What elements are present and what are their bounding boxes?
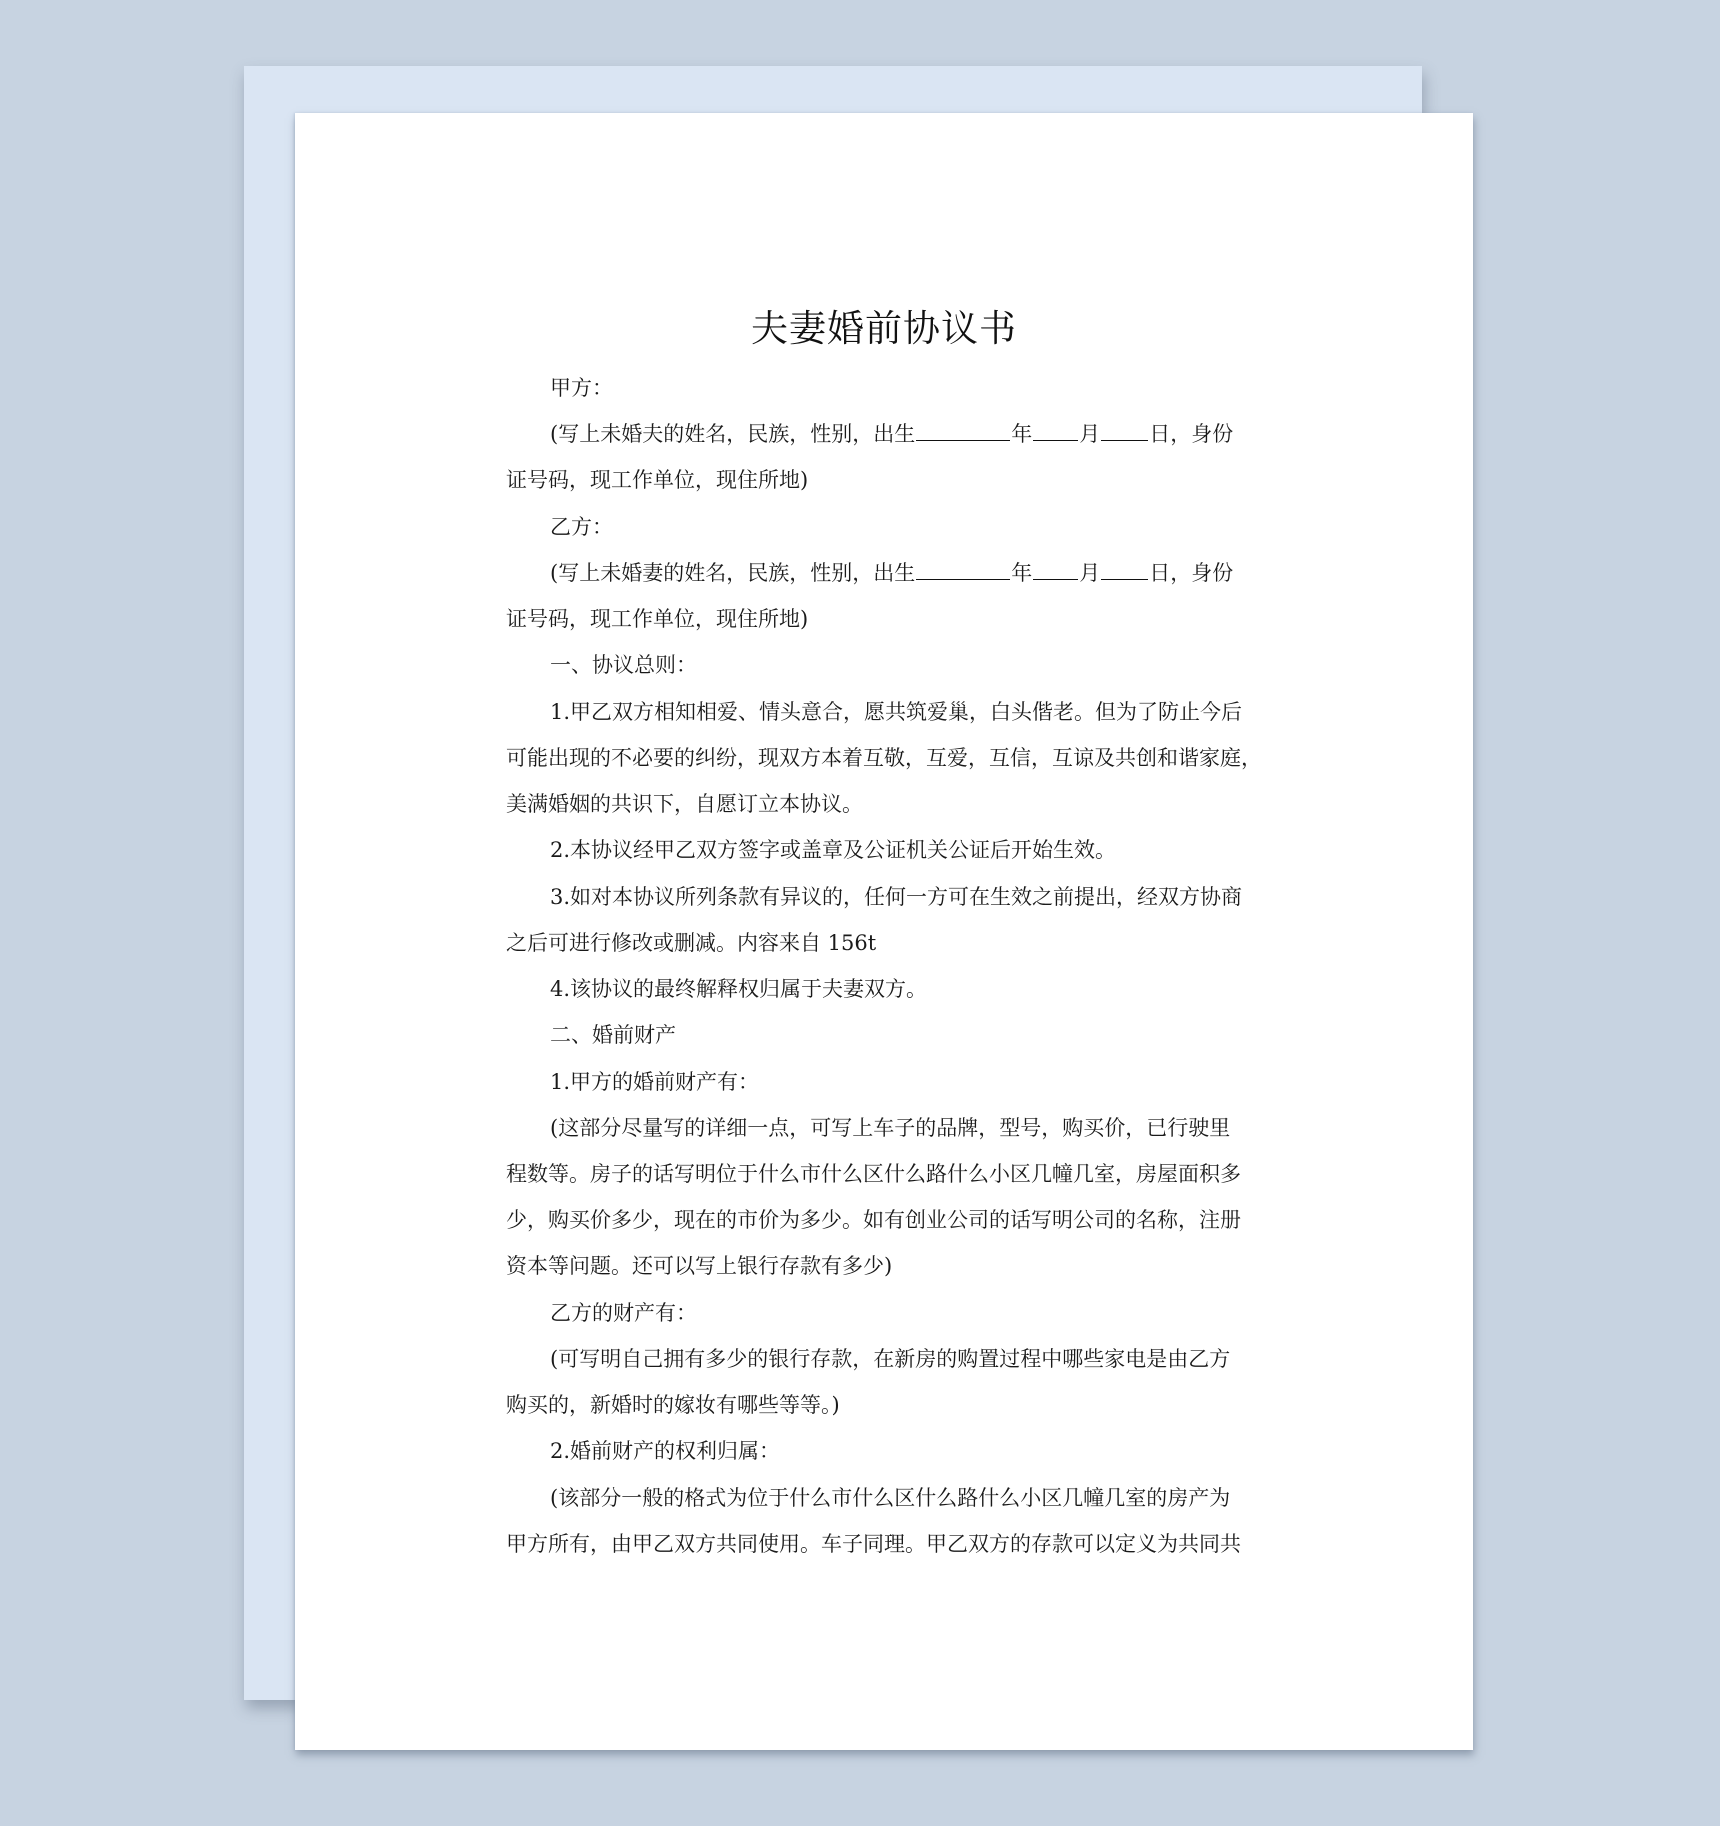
birth-year-blank bbox=[916, 557, 1010, 580]
birth-month-blank bbox=[1033, 418, 1078, 441]
party-b-label: 乙方： bbox=[506, 504, 1260, 550]
section-2-paragraph-line: (这部分尽量写的详细一点，可写上车子的品牌，型号，购买价，已行驶里 bbox=[506, 1105, 1260, 1151]
section-1-paragraph-line: 美满婚姻的共识下，自愿订立本协议。 bbox=[506, 781, 1260, 827]
birth-year-blank bbox=[916, 418, 1010, 441]
year-label: 年 bbox=[1011, 422, 1032, 446]
document-body: 甲方： (写上未婚夫的姓名，民族，性别，出生年月日，身份 证号码，现工作单位，现… bbox=[506, 365, 1260, 1567]
section-2-paragraph-line: 购买的，新婚时的嫁妆有哪些等等。) bbox=[506, 1382, 1260, 1428]
section-2-paragraph-line: 资本等问题。还可以写上银行存款有多少) bbox=[506, 1243, 1260, 1289]
section-2-paragraph-line: (可写明自己拥有多少的银行存款，在新房的购置过程中哪些家电是由乙方 bbox=[506, 1336, 1260, 1382]
party-b-instruction-line-1: (写上未婚妻的姓名，民族，性别，出生年月日，身份 bbox=[506, 550, 1260, 596]
party-a-instruction-line-1: (写上未婚夫的姓名，民族，性别，出生年月日，身份 bbox=[506, 411, 1260, 457]
document-title: 夫妻婚前协议书 bbox=[295, 304, 1473, 354]
birth-day-blank bbox=[1101, 418, 1148, 441]
section-2-paragraph-line: (该部分一般的格式为位于什么市什么区什么路什么小区几幢几室的房产为 bbox=[506, 1475, 1260, 1521]
section-2-paragraph-line: 2.婚前财产的权利归属： bbox=[506, 1428, 1260, 1474]
party-a-instruction-text: (写上未婚夫的姓名，民族，性别，出生 bbox=[550, 422, 915, 446]
day-label: 日，身份 bbox=[1149, 422, 1233, 446]
birth-day-blank bbox=[1101, 557, 1148, 580]
section-2-heading: 二、婚前财产 bbox=[506, 1012, 1260, 1058]
section-2-paragraph-line: 乙方的财产有： bbox=[506, 1290, 1260, 1336]
section-1-paragraph-line: 2.本协议经甲乙双方签字或盖章及公证机关公证后开始生效。 bbox=[506, 827, 1260, 873]
party-b-instruction-line-2: 证号码，现工作单位，现住所地) bbox=[506, 596, 1260, 642]
section-1-paragraph-line: 4.该协议的最终解释权归属于夫妻双方。 bbox=[506, 966, 1260, 1012]
party-a-instruction-line-2: 证号码，现工作单位，现住所地) bbox=[506, 457, 1260, 503]
section-1-paragraph-line: 可能出现的不必要的纠纷，现双方本着互敬，互爱，互信，互谅及共创和谐家庭， bbox=[506, 735, 1260, 781]
birth-month-blank bbox=[1033, 557, 1078, 580]
section-1-paragraph-line: 1.甲乙双方相知相爱、情头意合，愿共筑爱巢，白头偕老。但为了防止今后 bbox=[506, 689, 1260, 735]
section-2-paragraph-line: 1.甲方的婚前财产有： bbox=[506, 1059, 1260, 1105]
section-1-paragraph-line: 之后可进行修改或删减。内容来自 156t bbox=[506, 920, 1260, 966]
section-1-paragraph-line: 3.如对本协议所列条款有异议的，任何一方可在生效之前提出，经双方协商 bbox=[506, 874, 1260, 920]
section-2-paragraph-line: 甲方所有，由甲乙双方共同使用。车子同理。甲乙双方的存款可以定义为共同共 bbox=[506, 1521, 1260, 1567]
section-2-paragraph-line: 少，购买价多少，现在的市价为多少。如有创业公司的话写明公司的名称，注册 bbox=[506, 1197, 1260, 1243]
year-label: 年 bbox=[1011, 561, 1032, 585]
month-label: 月 bbox=[1079, 561, 1100, 585]
party-b-instruction-text: (写上未婚妻的姓名，民族，性别，出生 bbox=[550, 561, 915, 585]
day-label: 日，身份 bbox=[1149, 561, 1233, 585]
month-label: 月 bbox=[1079, 422, 1100, 446]
party-a-label: 甲方： bbox=[506, 365, 1260, 411]
section-1-heading: 一、协议总则： bbox=[506, 642, 1260, 688]
section-2-paragraph-line: 程数等。房子的话写明位于什么市什么区什么路什么小区几幢几室，房屋面积多 bbox=[506, 1151, 1260, 1197]
